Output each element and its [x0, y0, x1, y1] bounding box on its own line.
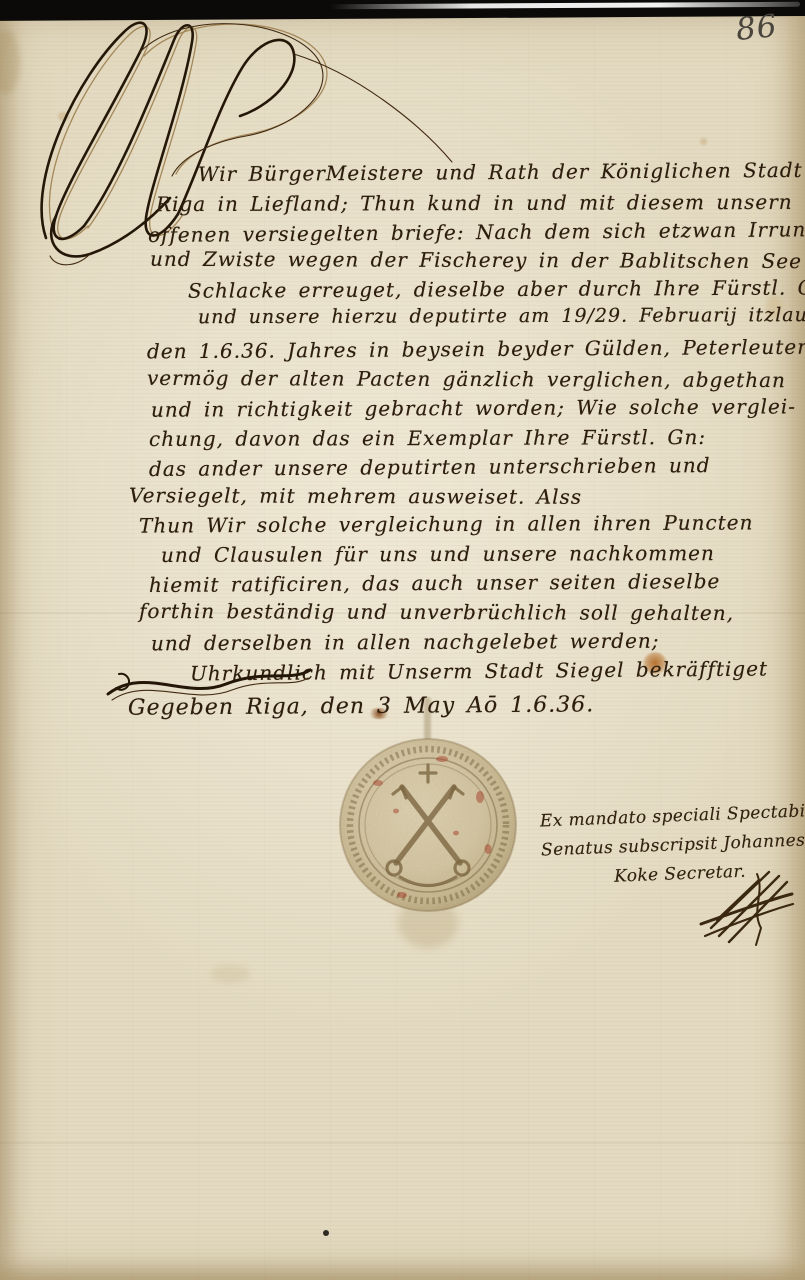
manuscript-line: hiemit ratificiren, das auch unser seite… — [149, 569, 720, 597]
manuscript-line: chung, davon das ein Exemplar Ihre Fürst… — [149, 425, 706, 451]
manuscript-line: und in richtigkeit gebracht worden; Wie … — [151, 394, 796, 421]
manuscript-line: und Zwiste wegen der Fischerey in der Ba… — [150, 247, 805, 273]
signature-paraph-icon — [699, 866, 795, 948]
riga-wax-seal-crossed-keys-icon — [338, 737, 518, 913]
manuscript-line: und derselben in allen nachgelebet werde… — [151, 629, 660, 656]
ink-speck — [323, 1230, 329, 1236]
foxing-spot — [210, 965, 250, 983]
folio-number: 86 — [734, 8, 779, 48]
manuscript-line: Versiegelt, mit mehrem ausweiset. Alss — [129, 483, 582, 509]
manuscript-line-with-date-fraction: und unsere hierzu deputirte am 19/29. Fe… — [198, 304, 805, 328]
manuscript-line: den 1.6.36. Jahres in beysein beyder Gül… — [147, 335, 805, 364]
manuscript-line: Schlacke erreuget, dieselbe aber durch I… — [188, 275, 805, 302]
manuscript-line: forthin beständig und unverbrüchlich sol… — [139, 599, 734, 625]
manuscript-line: und Clausulen für uns und unsere nachkom… — [161, 541, 715, 567]
manuscript-line: Wir BürgerMeistere und Rath der Königlic… — [198, 158, 803, 186]
fold-crease — [0, 1142, 805, 1144]
manuscript-line: das ander unsere deputirten unterschrieb… — [149, 453, 711, 481]
manuscript-line: Riga in Liefland; Thun kund in und mit d… — [156, 190, 793, 216]
scanned-manuscript-page: 86 Wir BürgerMeistere und Rath der König… — [0, 0, 805, 1280]
foxing-spot — [700, 138, 707, 145]
calligraphic-swash-icon — [100, 658, 315, 716]
manuscript-line: Thun Wir solche vergleichung in allen ih… — [139, 510, 754, 537]
manuscript-line: vermög der alten Pacten gänzlich verglic… — [147, 366, 786, 392]
